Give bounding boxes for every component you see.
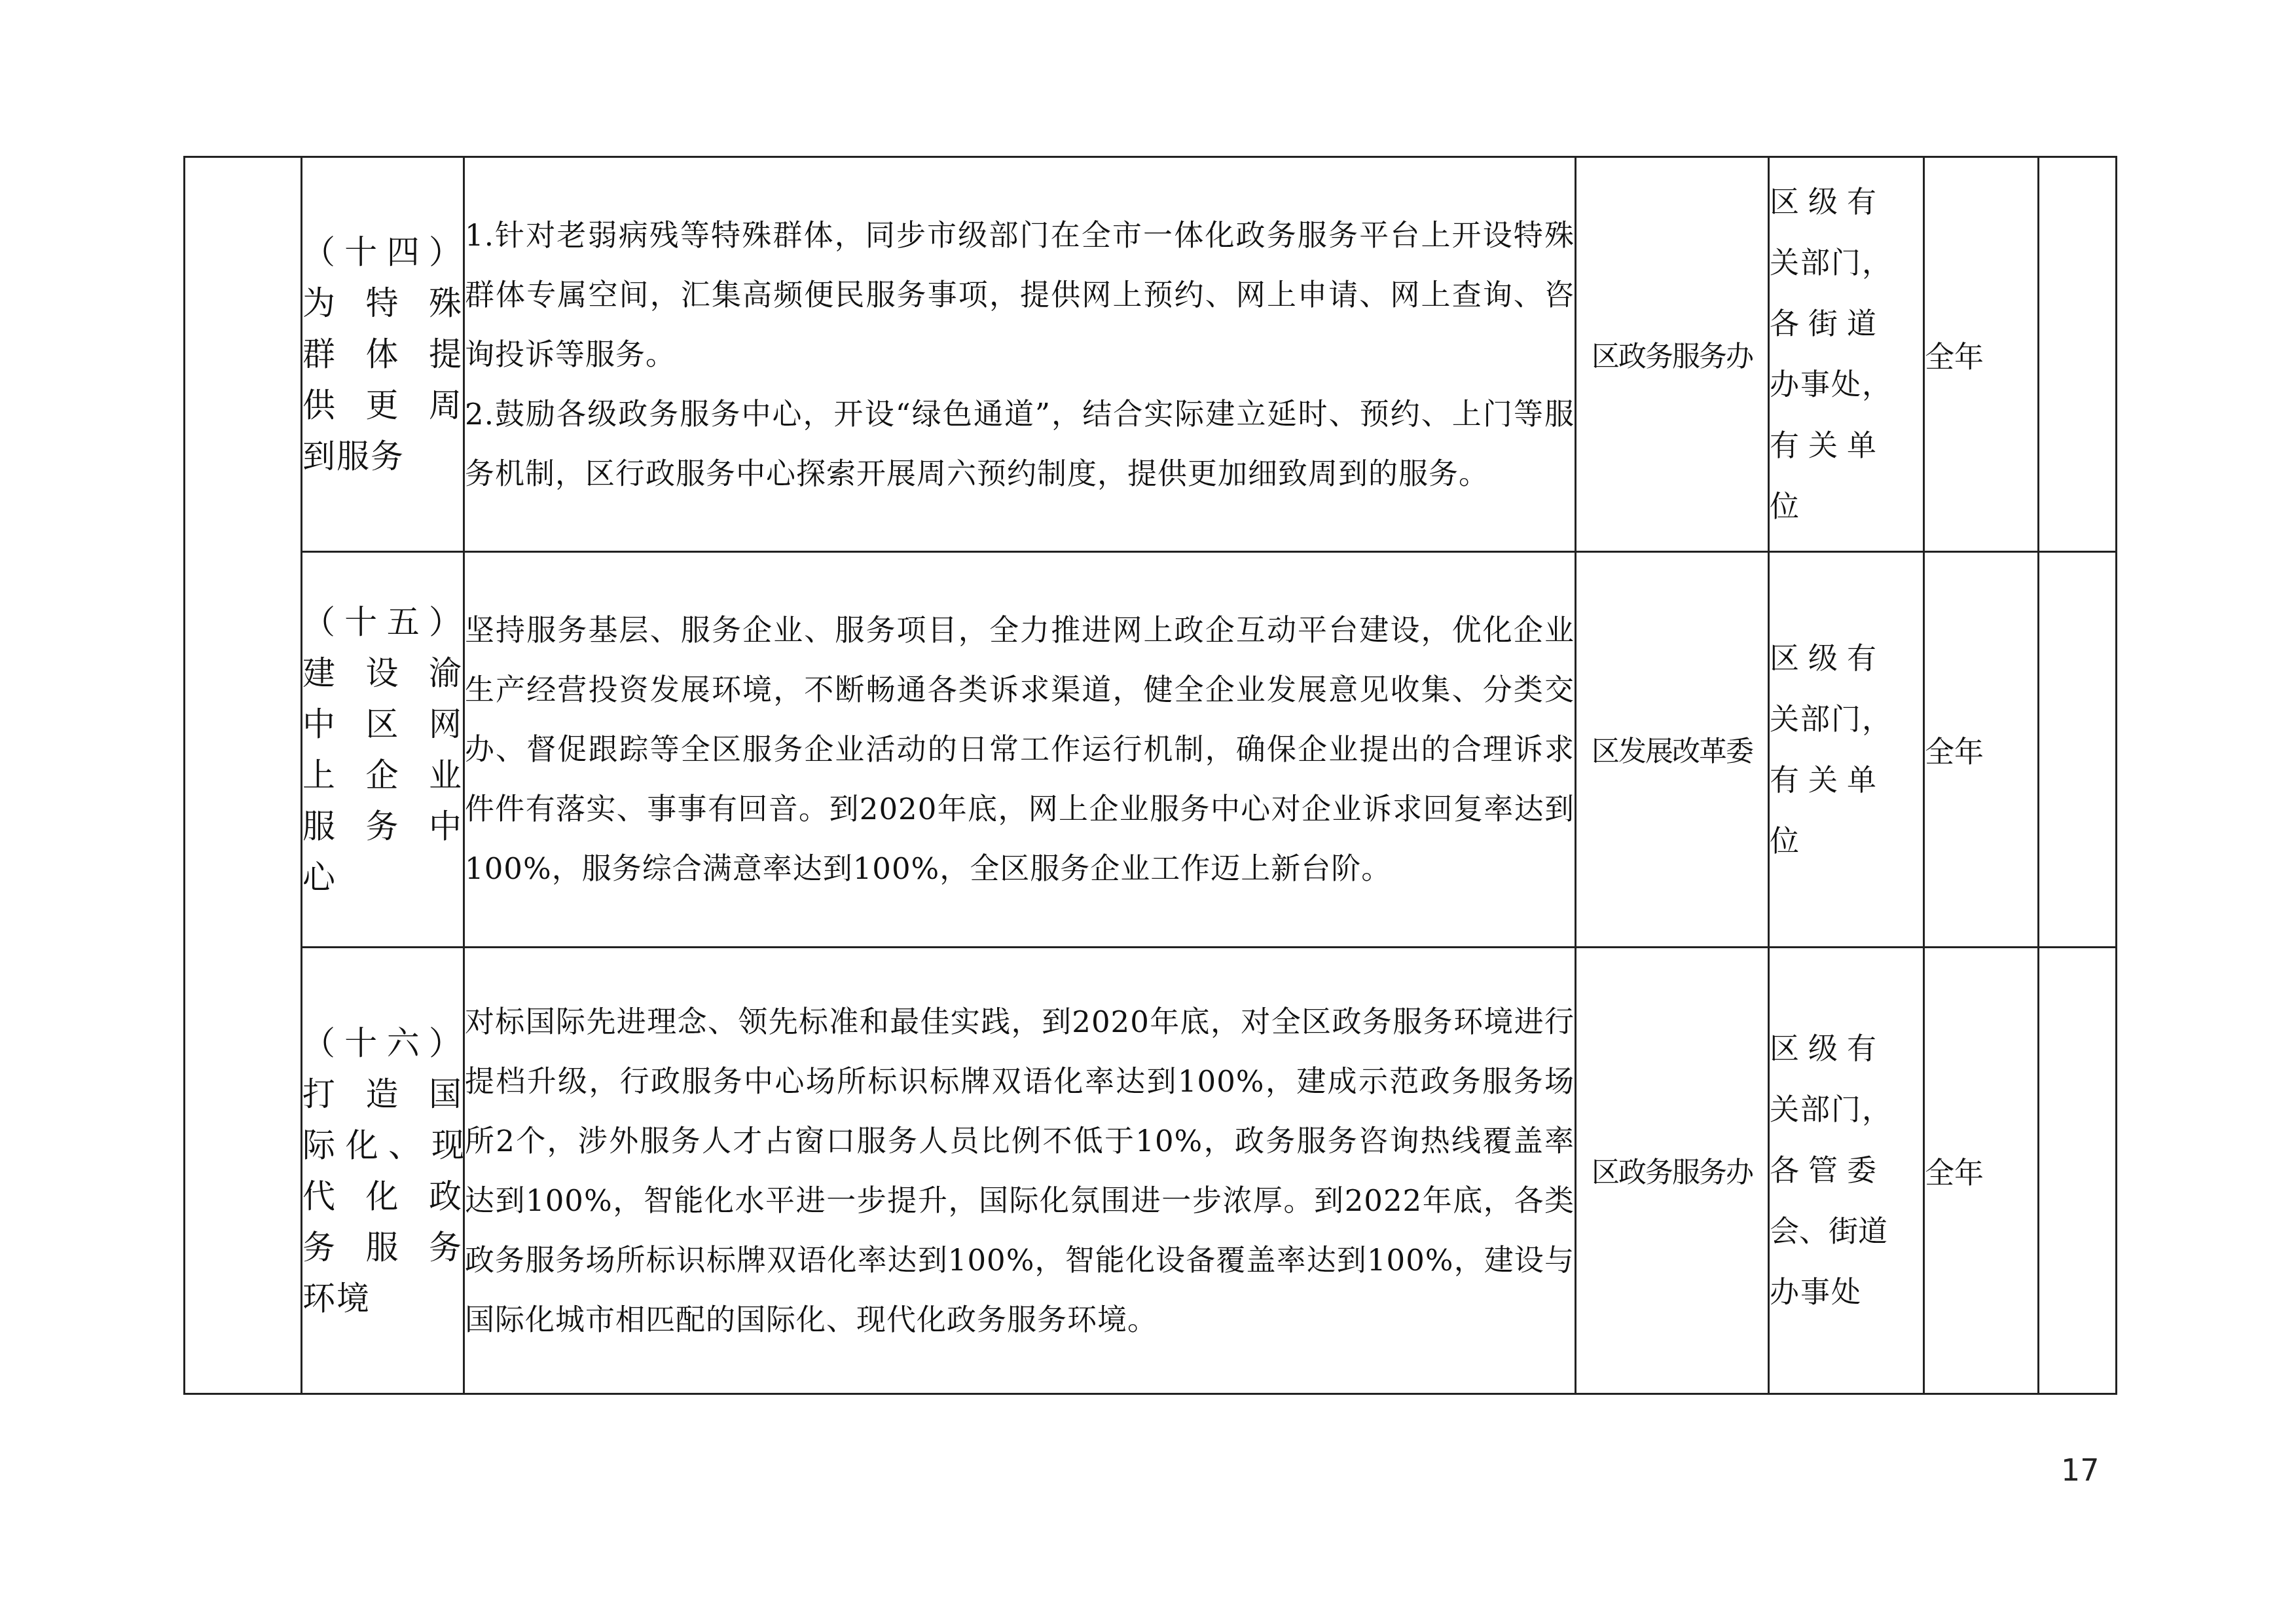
task-title-line: 到服务	[302, 431, 463, 482]
task-title-line: 代化政	[302, 1171, 463, 1222]
coop-line: 办事处，	[1770, 354, 1923, 415]
task-title-line: 际化、现	[302, 1120, 463, 1171]
task-title-line: 中区网	[302, 699, 463, 750]
cooperating-unit-cell: 区级有 关部门， 各管委 会、街道 办事处	[1769, 948, 1924, 1394]
task-title-line: 打造国	[302, 1069, 463, 1120]
task-title-line: 上企业	[302, 750, 463, 801]
coop-line: 有关单	[1770, 750, 1923, 811]
task-title-line: （十四）	[302, 227, 463, 278]
time-cell: 全年	[1924, 157, 2039, 552]
content-paragraph: 对标国际先进理念、领先标准和最佳实践，到2020年底，对全区政务服务环境进行提档…	[465, 992, 1575, 1350]
task-title-cell: （十六） 打造国 际化、现 代化政 务服务 环境	[302, 948, 464, 1394]
time-cell: 全年	[1924, 552, 2039, 948]
lead-unit-cell: 区政务服务办	[1576, 948, 1769, 1394]
content-paragraph: 坚持服务基层、服务企业、服务项目，全力推进网上政企互动平台建设，优化企业生产经营…	[465, 600, 1575, 898]
task-title-cell: （十四） 为特殊 群体提 供更周 到服务	[302, 157, 464, 552]
coop-line: 各管委	[1770, 1140, 1923, 1201]
coop-line: 各街道	[1770, 293, 1923, 354]
coop-line: 办事处	[1770, 1262, 1923, 1323]
coop-line: 位	[1770, 811, 1923, 872]
coop-line: 有关单	[1770, 415, 1923, 476]
task-title-line: 务服务	[302, 1222, 463, 1273]
task-title-line: （十五）	[302, 597, 463, 648]
task-title-line: 服务中	[302, 801, 463, 852]
cooperating-unit-cell: 区级有 关部门， 有关单 位	[1769, 552, 1924, 948]
coop-line: 区级有	[1770, 628, 1923, 689]
task-title-line: 环境	[302, 1273, 463, 1324]
table-row: （十四） 为特殊 群体提 供更周 到服务 1.针对老弱病残等特殊群体，同步市级部…	[185, 157, 2117, 552]
time-cell: 全年	[1924, 948, 2039, 1394]
coop-line: 关部门，	[1770, 1079, 1923, 1140]
task-title-line: 群体提	[302, 329, 463, 380]
coop-line: 关部门，	[1770, 689, 1923, 750]
remark-cell	[2039, 948, 2117, 1394]
content-paragraph: 2.鼓励各级政务服务中心，开设“绿色通道”，结合实际建立延时、预约、上门等服务机…	[465, 384, 1575, 504]
task-title-line: 供更周	[302, 380, 463, 431]
task-title-line: （十六）	[302, 1018, 463, 1069]
task-title-line: 心	[302, 852, 463, 903]
task-title-line: 为特殊	[302, 278, 463, 329]
task-content-cell: 坚持服务基层、服务企业、服务项目，全力推进网上政企互动平台建设，优化企业生产经营…	[464, 552, 1576, 948]
task-table: （十四） 为特殊 群体提 供更周 到服务 1.针对老弱病残等特殊群体，同步市级部…	[183, 156, 2117, 1395]
task-content-cell: 对标国际先进理念、领先标准和最佳实践，到2020年底，对全区政务服务环境进行提档…	[464, 948, 1576, 1394]
remark-cell	[2039, 157, 2117, 552]
task-content-cell: 1.针对老弱病残等特殊群体，同步市级部门在全市一体化政务服务平台上开设特殊群体专…	[464, 157, 1576, 552]
table-row: （十六） 打造国 际化、现 代化政 务服务 环境 对标国际先进理念、领先标准和最…	[185, 948, 2117, 1394]
table-row: （十五） 建设渝 中区网 上企业 服务中 心 坚持服务基层、服务企业、服务项目，…	[185, 552, 2117, 948]
coop-line: 区级有	[1770, 1018, 1923, 1079]
coop-line: 关部门，	[1770, 232, 1923, 293]
task-title-cell: （十五） 建设渝 中区网 上企业 服务中 心	[302, 552, 464, 948]
task-title-line: 建设渝	[302, 648, 463, 699]
coop-line: 会、街道	[1770, 1201, 1923, 1262]
category-cell	[185, 157, 302, 1394]
coop-line: 位	[1770, 476, 1923, 537]
content-paragraph: 1.针对老弱病残等特殊群体，同步市级部门在全市一体化政务服务平台上开设特殊群体专…	[465, 206, 1575, 384]
coop-line: 区级有	[1770, 172, 1923, 232]
lead-unit-cell: 区政务服务办	[1576, 157, 1769, 552]
lead-unit-cell: 区发展改革委	[1576, 552, 1769, 948]
cooperating-unit-cell: 区级有 关部门， 各街道 办事处， 有关单 位	[1769, 157, 1924, 552]
page-number: 17	[2061, 1452, 2100, 1488]
remark-cell	[2039, 552, 2117, 948]
